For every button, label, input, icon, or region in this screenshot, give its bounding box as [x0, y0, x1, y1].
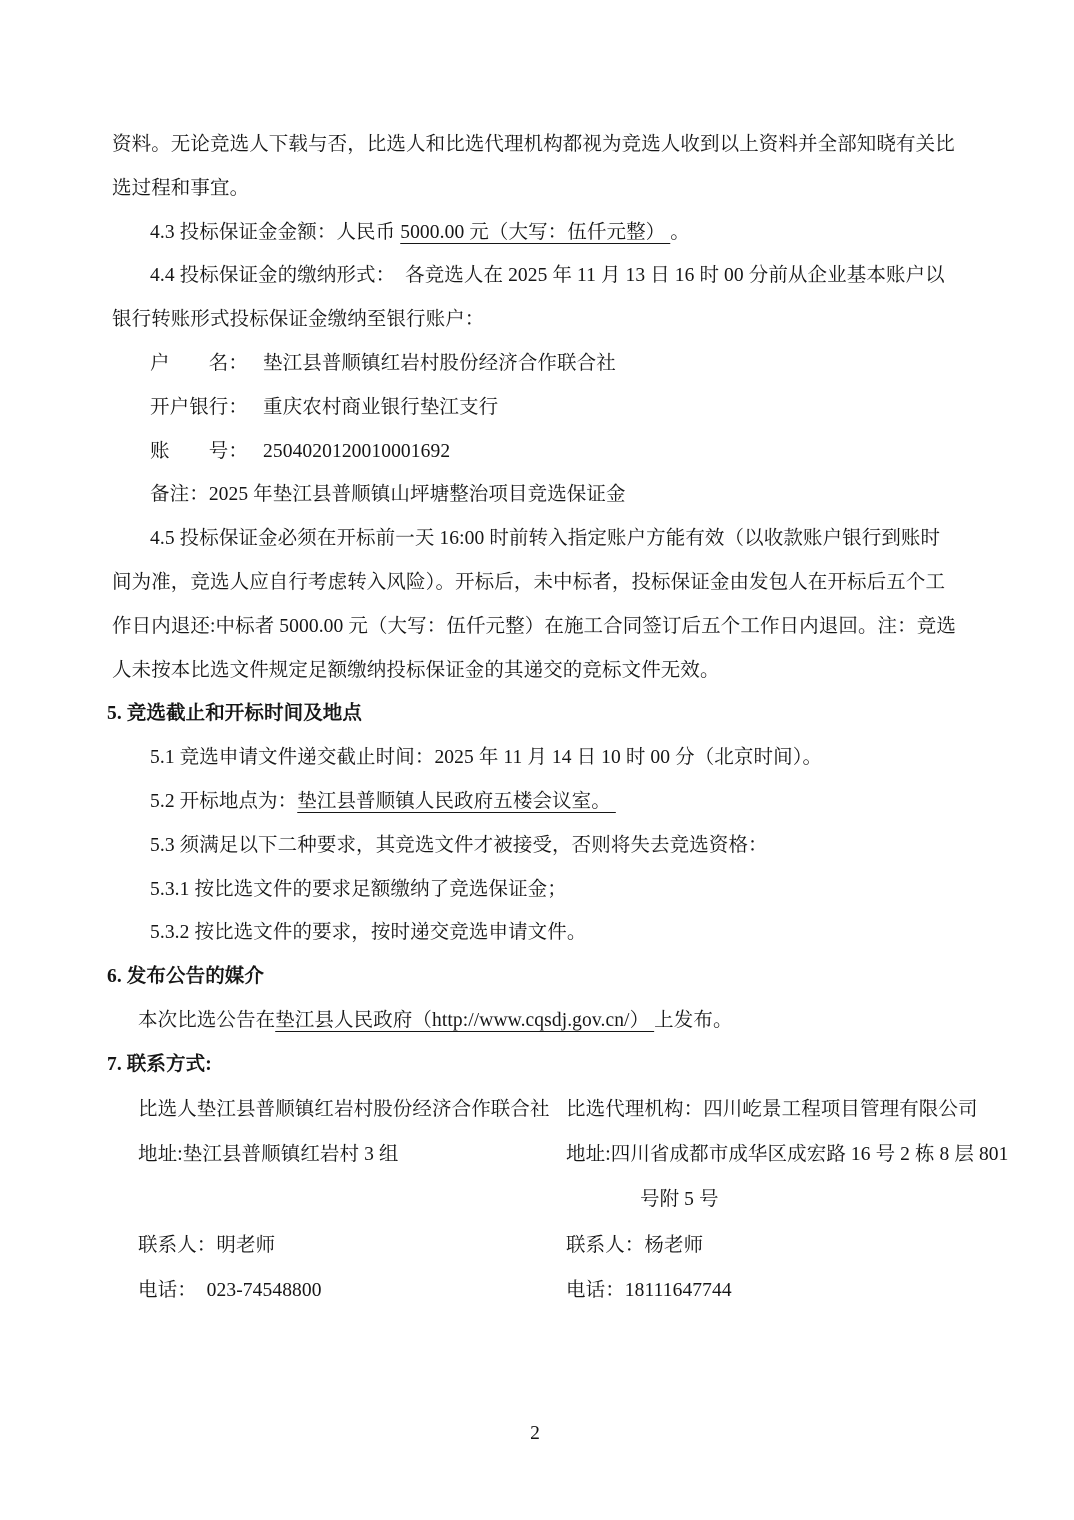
- clause-5-2: 5.2 开标地点为：垫江县普顺镇人民政府五楼会议室。: [112, 780, 958, 824]
- bid-inviter-contact-person: 联系人：明老师: [138, 1223, 566, 1268]
- bank-branch-value: 重庆农村商业银行垫江支行: [248, 397, 498, 418]
- agency-address-line-1: 地址:四川省成都市成华区成宏路 16 号 2 栋 8 层 801: [566, 1132, 1009, 1177]
- section-6-body: 本次比选公告在垫江县人民政府（http://www.cqsdj.gov.cn/）…: [112, 999, 958, 1043]
- intro-paragraph-line-2: 选过程和事宜。: [112, 167, 958, 211]
- clause-4-3-amount-underlined: 5000.00 元（大写：伍仟元整）: [400, 222, 670, 243]
- section-5-heading: 5. 竞选截止和开标时间及地点: [107, 692, 958, 736]
- clause-5-2-location-underlined: 垫江县普顺镇人民政府五楼会议室。: [297, 791, 616, 812]
- clause-4-4-line-2: 银行转账形式投标保证金缴纳至银行账户：: [112, 298, 958, 342]
- document-body: 资料。无论竞选人下载与否，比选人和比选代理机构都视为竞选人收到以上资料并全部知晓…: [112, 123, 958, 1455]
- clause-5-1: 5.1 竞选申请文件递交截止时间：2025 年 11 月 14 日 10 时 0…: [112, 736, 958, 780]
- agency-phone: 电话：18111647744: [566, 1268, 1009, 1313]
- announcement-link[interactable]: 垫江县人民政府（http://www.cqsdj.gov.cn/）: [275, 1010, 654, 1031]
- section-7-heading: 7. 联系方式:: [107, 1043, 958, 1087]
- clause-4-4-line-1: 4.4 投标保证金的缴纳形式： 各竞选人在 2025 年 11 月 13 日 1…: [112, 254, 958, 298]
- section-6-heading: 6. 发布公告的媒介: [107, 955, 958, 999]
- account-name-label: 户 名：: [150, 353, 248, 374]
- agency-name: 比选代理机构：四川屹景工程项目管理有限公司: [566, 1087, 1009, 1132]
- agency-address-line-2: 号附 5 号: [566, 1177, 1009, 1222]
- clause-4-5-line-3: 作日内退还:中标者 5000.00 元（大写：伍仟元整）在施工合同签订后五个工作…: [112, 605, 958, 649]
- clause-5-3-1: 5.3.1 按比选文件的要求足额缴纳了竞选保证金；: [112, 868, 958, 912]
- bid-inviter-phone: 电话： 023-74548800: [138, 1268, 566, 1313]
- page-number: 2: [112, 1412, 958, 1456]
- bank-branch-row: 开户银行：重庆农村商业银行垫江支行: [112, 386, 958, 430]
- bank-account-number-row: 账 号：2504020120010001692: [112, 430, 958, 474]
- clause-5-3: 5.3 须满足以下二种要求，其竞选文件才被接受，否则将失去竞选资格：: [112, 824, 958, 868]
- section-6-text-post: 上发布。: [654, 1010, 732, 1031]
- intro-paragraph-line-1: 资料。无论竞选人下载与否，比选人和比选代理机构都视为竞选人收到以上资料并全部知晓…: [112, 123, 958, 167]
- remark-label: 备注：: [150, 484, 209, 505]
- bank-branch-label: 开户银行：: [150, 397, 248, 418]
- document-page: 资料。无论竞选人下载与否，比选人和比选代理机构都视为竞选人收到以上资料并全部知晓…: [0, 0, 1074, 1520]
- bid-inviter-address: 地址:垫江县普顺镇红岩村 3 组: [138, 1132, 566, 1177]
- account-name-value: 垫江县普顺镇红岩村股份经济合作联合社: [248, 353, 616, 374]
- bid-inviter-address-spacer: [138, 1177, 566, 1222]
- section-6-text-pre: 本次比选公告在: [138, 1010, 275, 1031]
- agency-contact-person: 联系人：杨老师: [566, 1223, 1009, 1268]
- clause-4-3-text: 4.3 投标保证金金额：人民币: [150, 222, 400, 243]
- bank-account-name-row: 户 名：垫江县普顺镇红岩村股份经济合作联合社: [112, 342, 958, 386]
- account-number-label: 账 号：: [150, 441, 248, 462]
- remark-value: 2025 年垫江县普顺镇山坪塘整治项目竞选保证金: [209, 484, 626, 505]
- clause-4-3-period: 。: [670, 222, 690, 243]
- clause-4-5-line-4: 人未按本比选文件规定足额缴纳投标保证金的其递交的竞标文件无效。: [112, 649, 958, 693]
- bid-inviter-name: 比选人垫江县普顺镇红岩村股份经济合作联合社: [138, 1087, 566, 1132]
- bank-remark-row: 备注：2025 年垫江县普顺镇山坪塘整治项目竞选保证金: [112, 473, 958, 517]
- clause-4-5-line-2: 间为准，竞选人应自行考虑转入风险）。开标后，未中标者，投标保证金由发包人在开标后…: [112, 561, 958, 605]
- contact-table: 比选人垫江县普顺镇红岩村股份经济合作联合社 比选代理机构：四川屹景工程项目管理有…: [138, 1087, 958, 1314]
- clause-5-3-2: 5.3.2 按比选文件的要求，按时递交竞选申请文件。: [112, 911, 958, 955]
- clause-4-3: 4.3 投标保证金金额：人民币 5000.00 元（大写：伍仟元整） 。: [112, 211, 958, 255]
- account-number-value: 2504020120010001692: [248, 441, 450, 462]
- clause-5-2-text: 5.2 开标地点为：: [150, 791, 297, 812]
- clause-4-5-line-1: 4.5 投标保证金必须在开标前一天 16:00 时前转入指定账户方能有效（以收款…: [112, 517, 958, 561]
